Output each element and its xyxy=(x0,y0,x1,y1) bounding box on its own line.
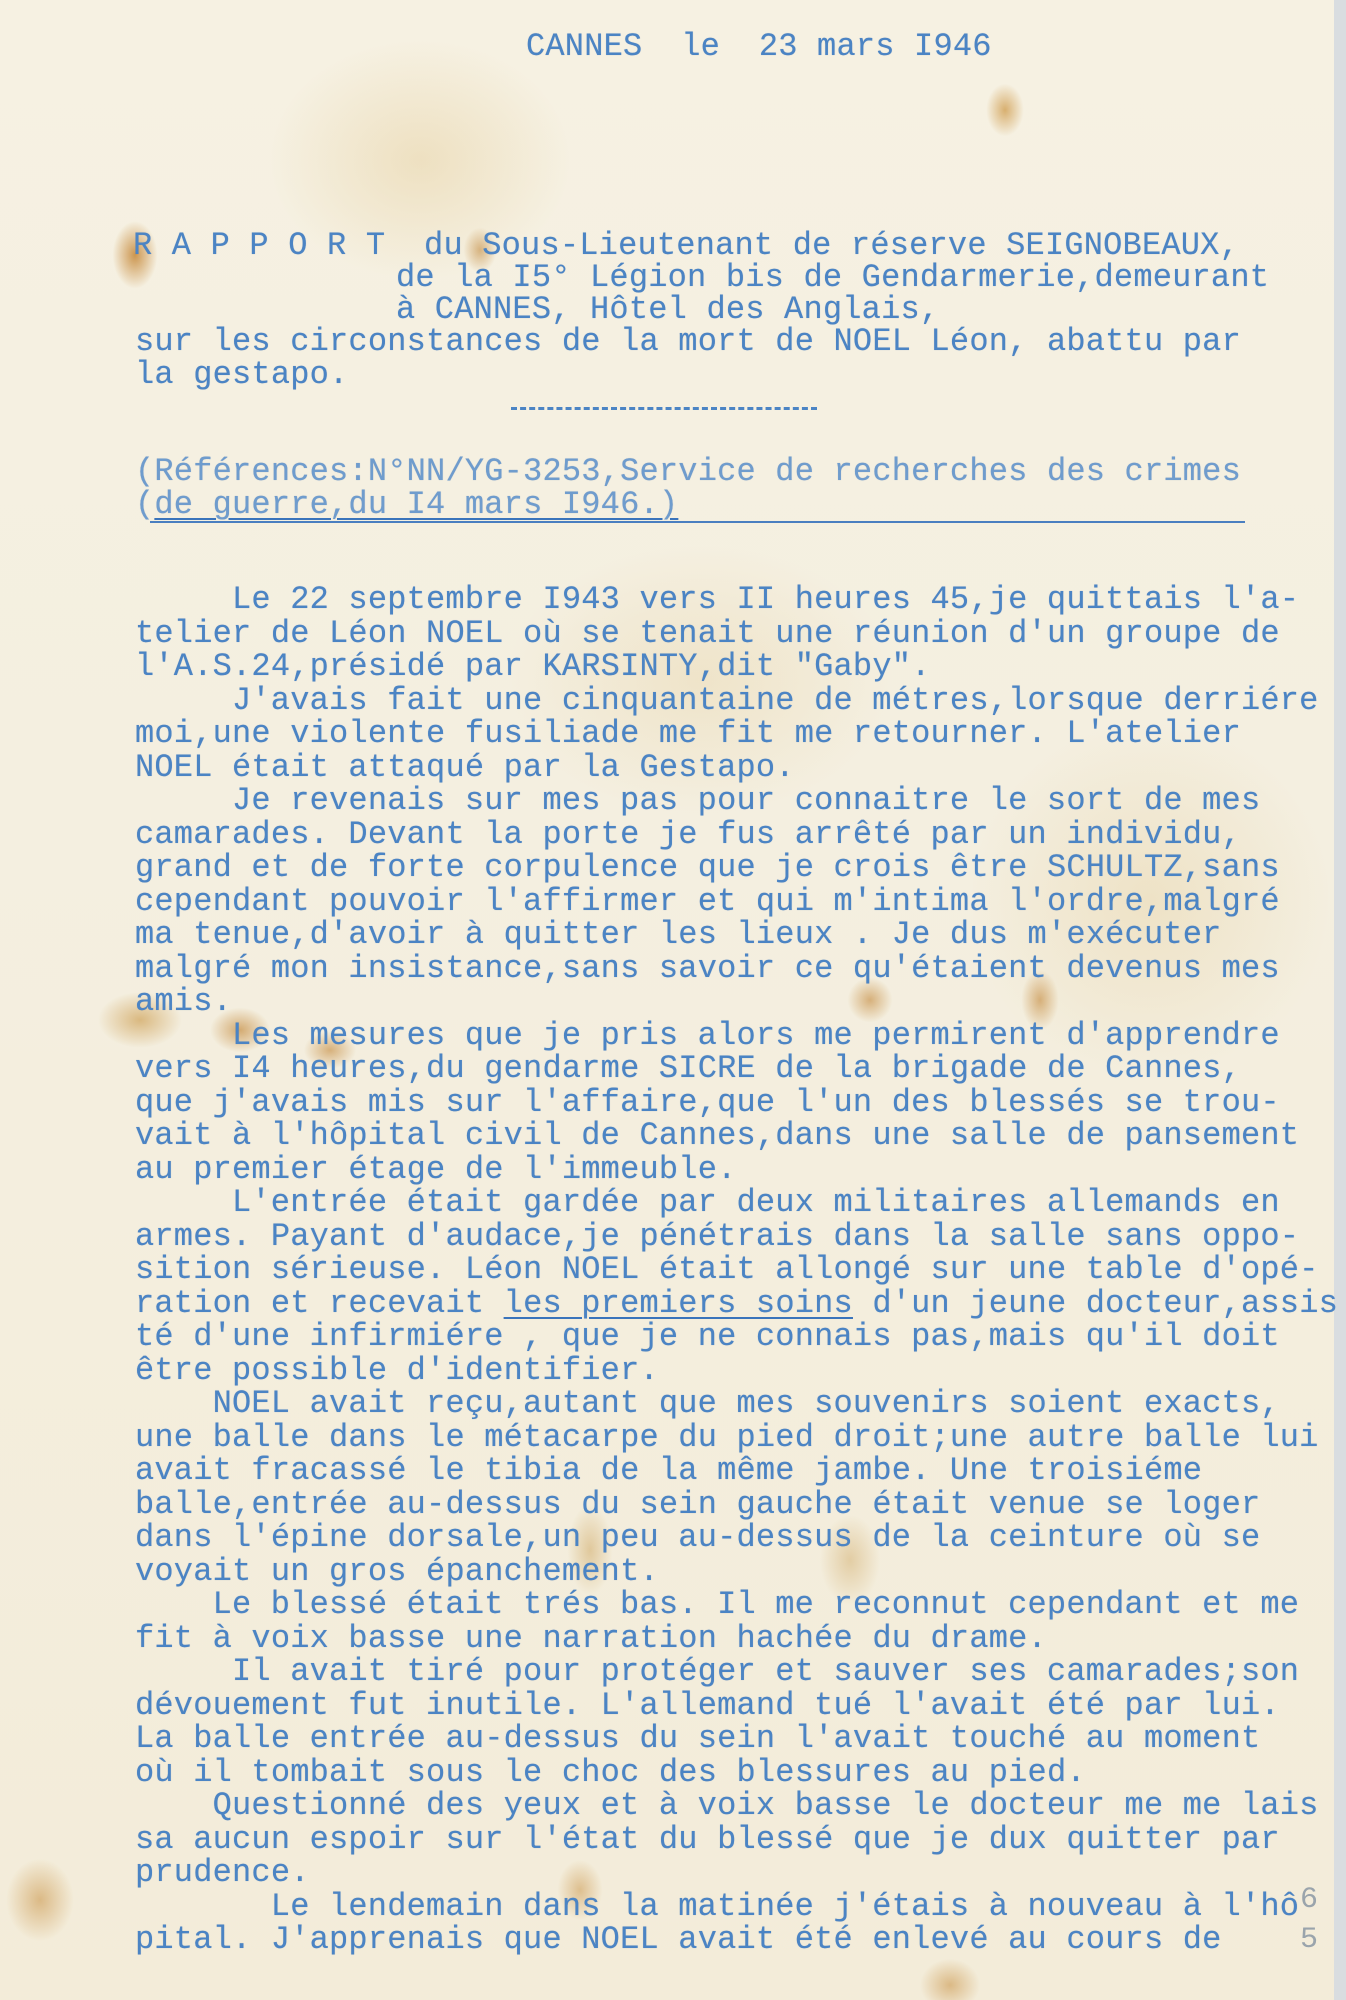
body-line: Le blessé était trés bas. Il me reconnut… xyxy=(135,1588,1338,1622)
body-line-text: être possible d'identifier. xyxy=(135,1352,659,1389)
body-line-text: La balle entrée au-dessus du sein l'avai… xyxy=(135,1720,1260,1757)
body-line-text: ma tenue,d'avoir à quitter les lieux . J… xyxy=(135,916,1222,953)
body-line-text: L'entrée était gardée par deux militaire… xyxy=(232,1184,1280,1221)
body-line-text: vait à l'hôpital civil de Cannes,dans un… xyxy=(135,1117,1299,1154)
body-line-text: ration et recevait xyxy=(135,1285,504,1322)
body-line-text: Le lendemain dans la matinée j'étais à n… xyxy=(271,1888,1299,1925)
references-date: de guerre,du I4 mars I946.) xyxy=(154,486,678,523)
references-open-paren: ( xyxy=(135,486,154,523)
references-line-1: (Références:N°NN/YG-3253,Service de rech… xyxy=(135,455,1241,489)
body-line-text: telier de Léon NOEL où se tenait une réu… xyxy=(135,615,1280,652)
body-line: Le 22 septembre I943 vers II heures 45,j… xyxy=(135,583,1338,617)
body-line-text: grand et de forte corpulence que je croi… xyxy=(135,849,1280,886)
body-line-text: fit à voix basse une narration hachée du… xyxy=(135,1620,1047,1657)
report-title-line-2: de la I5° Légion bis de Gendarmerie,deme… xyxy=(396,261,1269,295)
body-line: J'avais fait une cinquantaine de métres,… xyxy=(135,684,1338,718)
references-underline xyxy=(150,521,1245,523)
report-title-line-3: à CANNES, Hôtel des Anglais, xyxy=(396,293,939,327)
body-line: amis. xyxy=(135,985,1338,1019)
body-line-text: sa aucun espoir sur l'état du blessé que… xyxy=(135,1821,1280,1858)
body-line: au premier étage de l'immeuble. xyxy=(135,1153,1338,1187)
body-line-text: Le 22 septembre I943 vers II heures 45,j… xyxy=(232,581,1299,618)
body-line-text: d'un jeune docteur,assis xyxy=(853,1285,1338,1322)
body-line-text: Il avait tiré pour protéger et sauver se… xyxy=(232,1653,1299,1690)
body-line-text: armes. Payant d'audace,je pénétrais dans… xyxy=(135,1218,1299,1255)
subject-line-2: la gestapo. xyxy=(135,358,348,392)
body-line-text: camarades. Devant la porte je fus arrêté… xyxy=(135,816,1241,853)
body-line-text: voyait un gros épanchement. xyxy=(135,1553,659,1590)
body-line: vait à l'hôpital civil de Cannes,dans un… xyxy=(135,1119,1338,1153)
body-line-text: amis. xyxy=(135,983,232,1020)
body-line: une balle dans le métacarpe du pied droi… xyxy=(135,1421,1338,1455)
body-line-text: moi,une violente fusiliade me fit me ret… xyxy=(135,715,1241,752)
body-line: prudence. xyxy=(135,1856,1338,1890)
body-line-text: avait fracassé le tibia de la même jambe… xyxy=(135,1452,1202,1489)
body-line: Les mesures que je pris alors me permire… xyxy=(135,1019,1338,1053)
body-line: Je revenais sur mes pas pour connaitre l… xyxy=(135,784,1338,818)
body-line-text: NOEL avait reçu,autant que mes souvenirs… xyxy=(213,1385,1280,1422)
body-line-text: Questionné des yeux et à voix basse le d… xyxy=(213,1787,1319,1824)
separator-dashes xyxy=(511,407,817,410)
dateline: CANNES le 23 mars I946 xyxy=(526,30,992,64)
body-line-text: cependant pouvoir l'affirmer et qui m'in… xyxy=(135,883,1280,920)
body-line: malgré mon insistance,sans savoir ce qu'… xyxy=(135,952,1338,986)
body-line: pital. J'apprenais que NOEL avait été en… xyxy=(135,1923,1338,1957)
body-line-text: Le blessé était trés bas. Il me reconnut… xyxy=(213,1586,1300,1623)
typewritten-report-page: CANNES le 23 mars I946 R A P P O R T du … xyxy=(0,0,1334,2000)
body-line-text: vers I4 heures,du gendarme SICRE de la b… xyxy=(135,1050,1241,1087)
body-line-text: que j'avais mis sur l'affaire,que l'un d… xyxy=(135,1084,1280,1121)
body-line: NOEL avait reçu,autant que mes souvenirs… xyxy=(135,1387,1338,1421)
body-line-text: té d'une infirmiére , que je ne connais … xyxy=(135,1318,1280,1355)
body-line-text: l'A.S.24,présidé par KARSINTY,dit "Gaby"… xyxy=(135,648,931,685)
body-line: sa aucun espoir sur l'état du blessé que… xyxy=(135,1823,1338,1857)
body-line-text: au premier étage de l'immeuble. xyxy=(135,1151,737,1188)
body-line: armes. Payant d'audace,je pénétrais dans… xyxy=(135,1220,1338,1254)
underlined-phrase: les premiers soins xyxy=(504,1285,853,1322)
body-line: cependant pouvoir l'affirmer et qui m'in… xyxy=(135,885,1338,919)
body-line-text: pital. J'apprenais que NOEL avait été en… xyxy=(135,1921,1222,1958)
body-line: moi,une violente fusiliade me fit me ret… xyxy=(135,717,1338,751)
body-line-text: prudence. xyxy=(135,1854,310,1891)
body-line: que j'avais mis sur l'affaire,que l'un d… xyxy=(135,1086,1338,1120)
body-line: ration et recevait les premiers soins d'… xyxy=(135,1287,1338,1321)
body-line-text: sition sérieuse. Léon NOEL était allongé… xyxy=(135,1251,1319,1288)
body-line-text: dans l'épine dorsale,un peu au-dessus de… xyxy=(135,1519,1260,1556)
body-line-text: J'avais fait une cinquantaine de métres,… xyxy=(232,682,1319,719)
body-line: Il avait tiré pour protéger et sauver se… xyxy=(135,1655,1338,1689)
body-line: Questionné des yeux et à voix basse le d… xyxy=(135,1789,1338,1823)
body-line: La balle entrée au-dessus du sein l'avai… xyxy=(135,1722,1338,1756)
body-line: té d'une infirmiére , que je ne connais … xyxy=(135,1320,1338,1354)
body-line: sition sérieuse. Léon NOEL était allongé… xyxy=(135,1253,1338,1287)
body-line: dans l'épine dorsale,un peu au-dessus de… xyxy=(135,1521,1338,1555)
body-line-text: malgré mon insistance,sans savoir ce qu'… xyxy=(135,950,1280,987)
body-line: voyait un gros épanchement. xyxy=(135,1555,1338,1589)
body-line: camarades. Devant la porte je fus arrêté… xyxy=(135,818,1338,852)
body-line: où il tombait sous le choc des blessures… xyxy=(135,1756,1338,1790)
subject-line-1: sur les circonstances de la mort de NOEL… xyxy=(135,325,1241,359)
body-line-text: Je revenais sur mes pas pour connaitre l… xyxy=(232,782,1260,819)
body-line: ma tenue,d'avoir à quitter les lieux . J… xyxy=(135,918,1338,952)
body-line: dévouement fut inutile. L'allemand tué l… xyxy=(135,1689,1338,1723)
report-body: Le 22 septembre I943 vers II heures 45,j… xyxy=(135,583,1338,1957)
body-line: L'entrée était gardée par deux militaire… xyxy=(135,1186,1338,1220)
body-line-text: où il tombait sous le choc des blessures… xyxy=(135,1754,1086,1791)
body-line: grand et de forte corpulence que je croi… xyxy=(135,851,1338,885)
body-line: telier de Léon NOEL où se tenait une réu… xyxy=(135,617,1338,651)
body-line: Le lendemain dans la matinée j'étais à n… xyxy=(135,1890,1338,1924)
body-line: avait fracassé le tibia de la même jambe… xyxy=(135,1454,1338,1488)
margin-pencil-mark: 6 5 xyxy=(1300,1880,1318,1960)
references-line-2: (de guerre,du I4 mars I946.) xyxy=(135,488,678,522)
body-line: vers I4 heures,du gendarme SICRE de la b… xyxy=(135,1052,1338,1086)
body-line-text: une balle dans le métacarpe du pied droi… xyxy=(135,1419,1319,1456)
body-line-text: Les mesures que je pris alors me permire… xyxy=(232,1017,1280,1054)
body-line: fit à voix basse une narration hachée du… xyxy=(135,1622,1338,1656)
body-line-text: dévouement fut inutile. L'allemand tué l… xyxy=(135,1687,1280,1724)
body-line: balle,entrée au-dessus du sein gauche ét… xyxy=(135,1488,1338,1522)
report-title-line-1: R A P P O R T du Sous-Lieutenant de rése… xyxy=(133,229,1239,263)
body-line-text: balle,entrée au-dessus du sein gauche ét… xyxy=(135,1486,1260,1523)
body-line: l'A.S.24,présidé par KARSINTY,dit "Gaby"… xyxy=(135,650,1338,684)
body-line: NOEL était attaqué par la Gestapo. xyxy=(135,751,1338,785)
body-line-text: NOEL était attaqué par la Gestapo. xyxy=(135,749,795,786)
body-line: être possible d'identifier. xyxy=(135,1354,1338,1388)
